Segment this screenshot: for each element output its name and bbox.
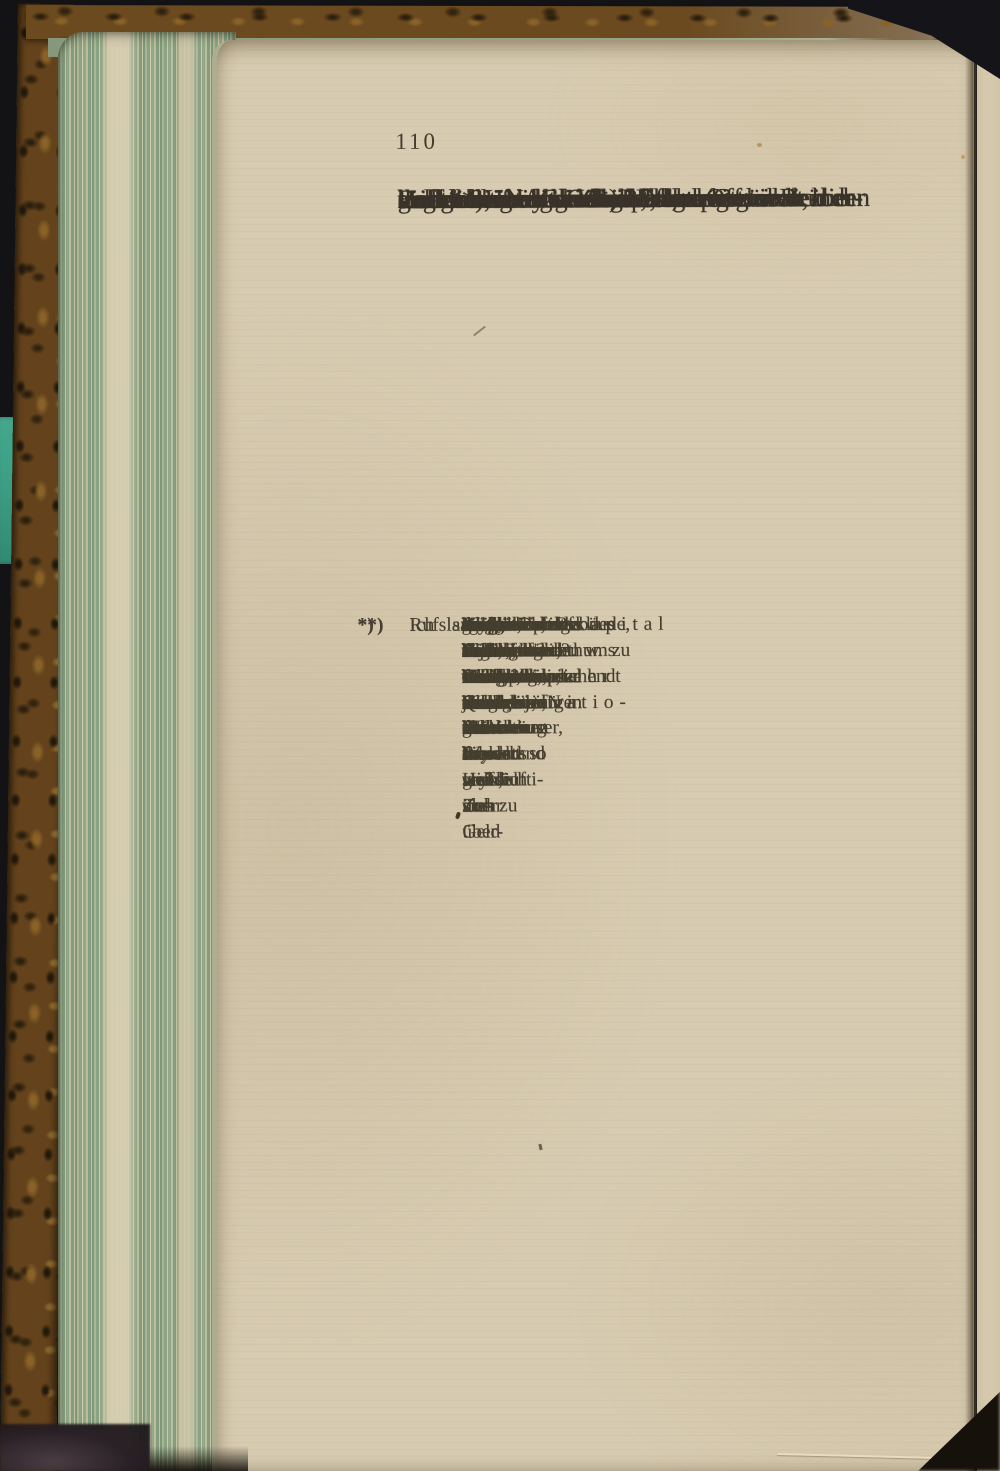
- footnote-line: entsteht noch die Frage, ob auch bey wir…: [461, 612, 527, 819]
- page-edges-stack: [58, 32, 236, 1471]
- main-text-block: angesehen zu werden pflegt. Offenbar übe…: [397, 179, 944, 181]
- foxing-spot: [757, 143, 762, 147]
- book-page: 110 angesehen zu werden pflegt. Offenbar…: [212, 40, 974, 1471]
- body-text-line: eine theoretische Grille.: [397, 181, 651, 217]
- book-scan-photo: 110 angesehen zu werden pflegt. Offenbar…: [0, 0, 1000, 1471]
- adjacent-page-edge: [977, 56, 1000, 1471]
- page-content: 110 angesehen zu werden pflegt. Offenbar…: [214, 38, 982, 1471]
- corner-shadow-bottom-left: [0, 1424, 150, 1471]
- page-number: 110: [395, 129, 438, 155]
- footnotes-block: *) Rufsland kann z. B. in der Handelsbil…: [409, 610, 946, 612]
